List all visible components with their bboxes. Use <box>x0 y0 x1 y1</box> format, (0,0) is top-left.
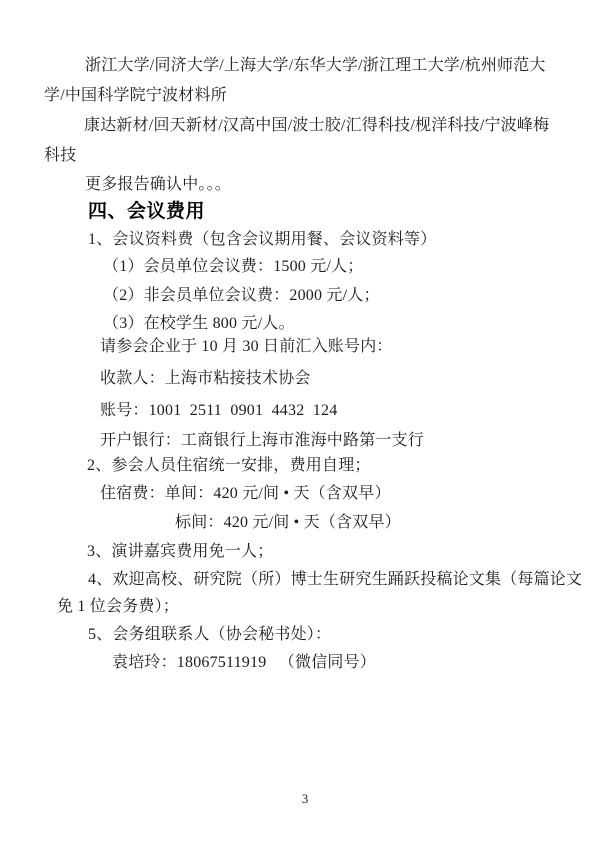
page-number: 3 <box>0 791 610 807</box>
document-page: 浙江大学/同济大学/上海大学/东华大学/浙江理工大学/杭州师范大 学/中国科学院… <box>0 0 610 857</box>
fee-item-3-speakers: 3、演讲嘉宾费用免一人； <box>87 541 273 562</box>
payee-line: 收款人：上海市粘接技术协会 <box>100 368 311 389</box>
lodging-single-room-line: 住宿费：单间：420 元/间 • 天（含双早） <box>100 483 391 504</box>
fee-nonmember-line: （2）非会员单位会议费：2000 元/人； <box>103 285 380 306</box>
fee-student-line: （3）在校学生 800 元/人。 <box>103 313 295 334</box>
contact-person-line: 袁培玲：18067511919 （微信同号） <box>112 652 376 673</box>
fee-member-line: （1）会员单位会议费：1500 元/人； <box>103 256 363 277</box>
universities-line-2: 学/中国科学院宁波材料所 <box>44 85 227 106</box>
fee-item-1: 1、会议资料费（包含会议期用餐、会议资料等） <box>88 229 436 250</box>
account-number-line: 账号：1001 2511 0901 4432 124 <box>100 400 337 421</box>
more-reports-note: 更多报告确认中。。。 <box>85 174 231 195</box>
fee-item-2-lodging: 2、参会人员住宿统一安排，费用自理； <box>87 455 371 476</box>
payment-deadline-note: 请参会企业于 10 月 30 日前汇入账号内： <box>100 336 393 357</box>
section-title-fees: 四、会议费用 <box>88 201 205 222</box>
bank-line: 开户银行：工商银行上海市淮海中路第一支行 <box>100 430 424 451</box>
companies-line-1: 康达新材/回天新材/汉高中国/波士胶/汇得科技/枧洋科技/宁波峰梅 <box>84 115 549 136</box>
fee-item-5-contacts: 5、会务组联系人（协会秘书处）： <box>88 624 331 645</box>
fee-item-4-papers-line-2: 免 1 位会务费）； <box>57 596 179 617</box>
lodging-standard-room-line: 标间：420 元/间 • 天（含双早） <box>175 512 401 533</box>
companies-line-2: 科技 <box>44 145 76 166</box>
fee-item-4-papers-line-1: 4、欢迎高校、研究院（所）博士生研究生踊跃投稿论文集（每篇论文 <box>88 569 582 590</box>
universities-line-1: 浙江大学/同济大学/上海大学/东华大学/浙江理工大学/杭州师范大 <box>85 55 546 76</box>
